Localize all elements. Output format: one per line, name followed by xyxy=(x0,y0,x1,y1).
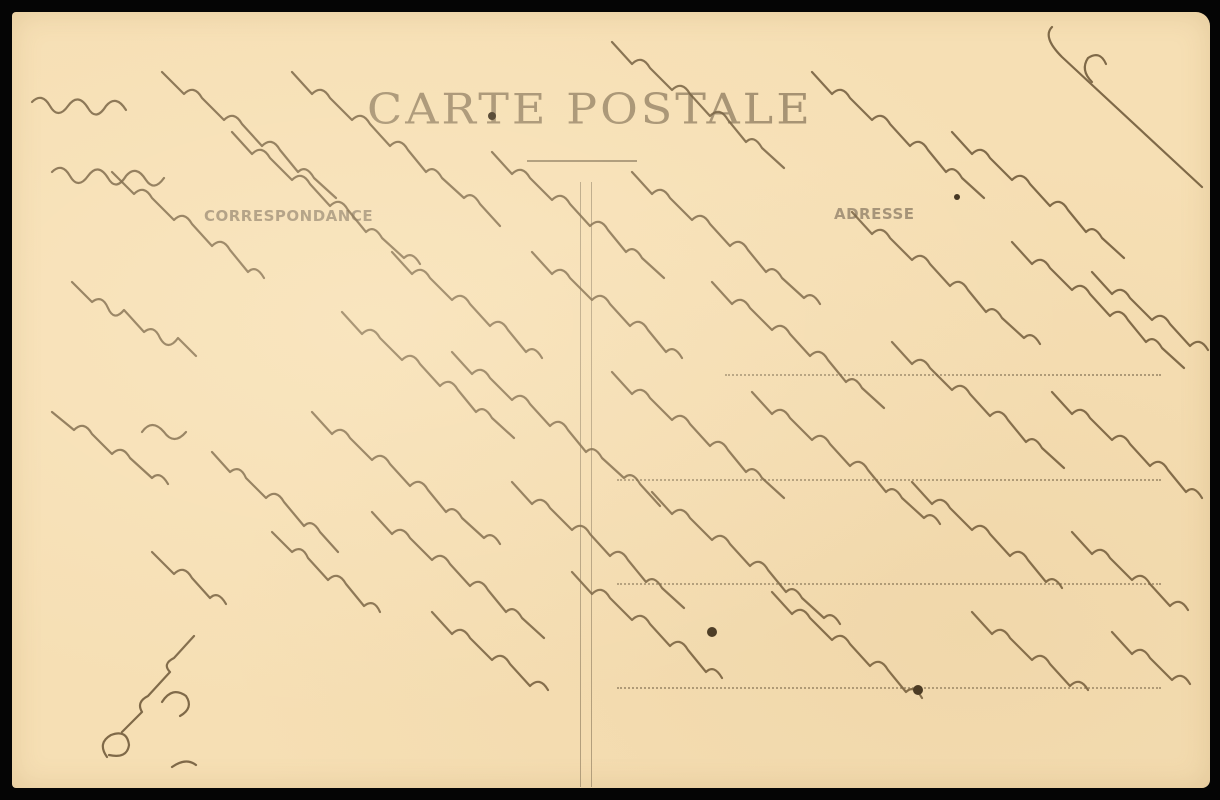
title-underline xyxy=(527,160,637,162)
address-line-4 xyxy=(617,687,1161,689)
center-divider xyxy=(580,182,592,787)
handwriting-strokes xyxy=(32,27,1208,767)
address-line-1 xyxy=(725,374,1161,376)
card-title: CARTE POSTALE xyxy=(367,84,813,134)
address-line-2 xyxy=(617,479,1161,481)
postcard-back: CARTE POSTALE CORRESPONDANCE ADRESSE xyxy=(12,12,1210,788)
ink-blots xyxy=(488,112,960,695)
correspondence-label: CORRESPONDANCE xyxy=(204,207,373,225)
address-label: ADRESSE xyxy=(834,205,915,223)
address-line-3 xyxy=(617,583,1161,585)
